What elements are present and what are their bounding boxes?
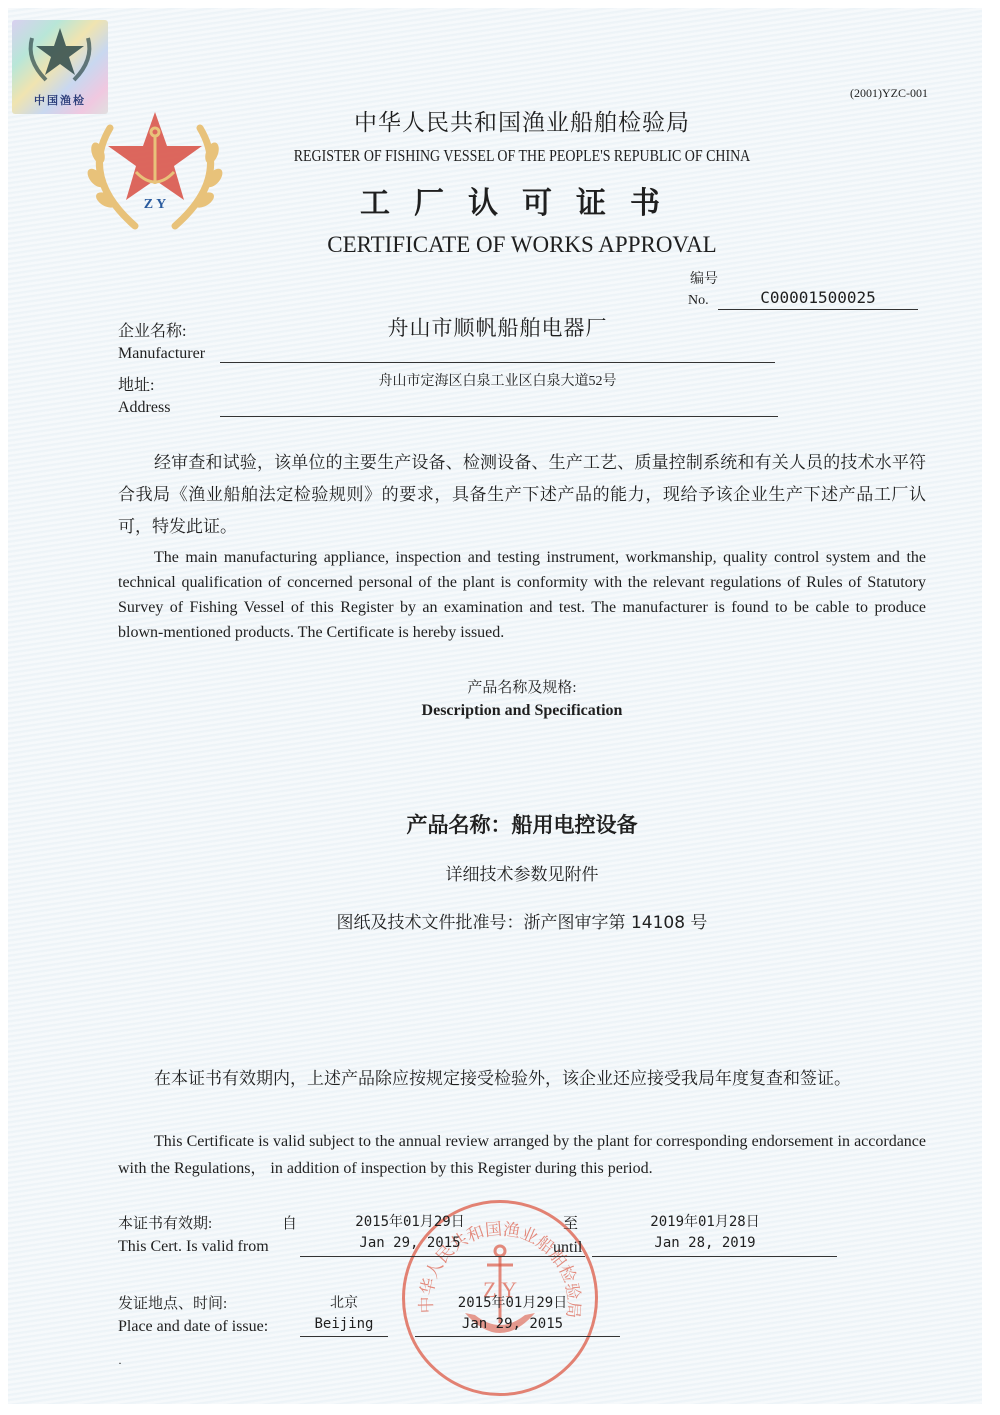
hologram-sticker: 中国渔检: [12, 20, 108, 114]
address-value: 舟山市定海区白泉工业区白泉大道52号: [220, 370, 775, 390]
validity-to-word-cn: 至: [563, 1212, 578, 1233]
validity-from-word-cn: 自: [282, 1212, 297, 1233]
cert-number-value: C00001500025: [718, 288, 918, 310]
manufacturer-label-en: Manufacturer: [118, 345, 205, 363]
product-name: 产品名称：船用电控设备: [118, 809, 926, 839]
valid-from-cn: 2015年01月29日: [300, 1211, 520, 1231]
manufacturer-underline: [220, 362, 775, 363]
certificate-title-en: CERTIFICATE OF WORKS APPROVAL: [0, 232, 1000, 258]
validity-label-en: This Cert. Is valid from: [118, 1238, 269, 1256]
valid-to-cn: 2019年01月28日: [600, 1211, 810, 1231]
statement-en: The main manufacturing appliance, inspec…: [118, 545, 926, 645]
issue-date-underline: [415, 1336, 620, 1337]
description-heading-cn: 产品名称及规格:: [118, 676, 926, 697]
issue-date-cn: 2015年01月29日: [415, 1292, 610, 1312]
certificate-title-cn: 工厂认可证书: [0, 178, 1000, 222]
validity-note-en: This Certificate is valid subject to the…: [118, 1128, 926, 1182]
valid-to-underline: [592, 1256, 837, 1257]
valid-to-en: Jan 28, 2019: [600, 1235, 810, 1251]
hologram-star-icon: [12, 20, 108, 90]
issue-place-underline: [300, 1336, 388, 1337]
address-label-en: Address: [118, 399, 170, 417]
valid-from-underline: [300, 1256, 585, 1257]
validity-until-en: until: [553, 1239, 582, 1257]
address-label-cn: 地址:: [118, 372, 154, 395]
form-code: (2001)YZC-001: [850, 86, 928, 101]
valid-from-en: Jan 29, 2015: [300, 1235, 520, 1251]
issuer-name-en: REGISTER OF FISHING VESSEL OF THE PEOPLE…: [94, 146, 950, 166]
issue-label-cn: 发证地点、时间:: [118, 1292, 227, 1313]
description-heading-en: Description and Specification: [118, 702, 926, 720]
validity-note-cn: 在本证书有效期内，上述产品除应按规定接受检验外，该企业还应接受我局年度复查和签证…: [118, 1063, 926, 1094]
validity-label-cn: 本证书有效期:: [118, 1212, 212, 1233]
issue-label-en: Place and date of issue:: [118, 1318, 268, 1336]
scan-speck: ·: [118, 1356, 122, 1371]
drawing-approval-number: 图纸及技术文件批准号：浙产图审字第 14108 号: [118, 908, 926, 933]
issue-place-cn: 北京: [300, 1292, 388, 1312]
manufacturer-value: 舟山市顺帆船舶电器厂: [220, 312, 775, 342]
address-underline: [220, 416, 778, 417]
manufacturer-label-cn: 企业名称:: [118, 318, 186, 341]
cert-number-label-en: No.: [688, 293, 709, 309]
product-details-note: 详细技术参数见附件: [118, 860, 926, 885]
cert-number-label-cn: 编号: [690, 268, 718, 288]
issue-date-en: Jan 29, 2015: [415, 1316, 610, 1332]
issue-place-en: Beijing: [300, 1316, 388, 1332]
issuer-name-cn: 中华人民共和国渔业船舶检验局: [0, 104, 1000, 137]
statement-cn: 经审查和试验，该单位的主要生产设备、检测设备、生产工艺、质量控制系统和有关人员的…: [118, 447, 926, 543]
